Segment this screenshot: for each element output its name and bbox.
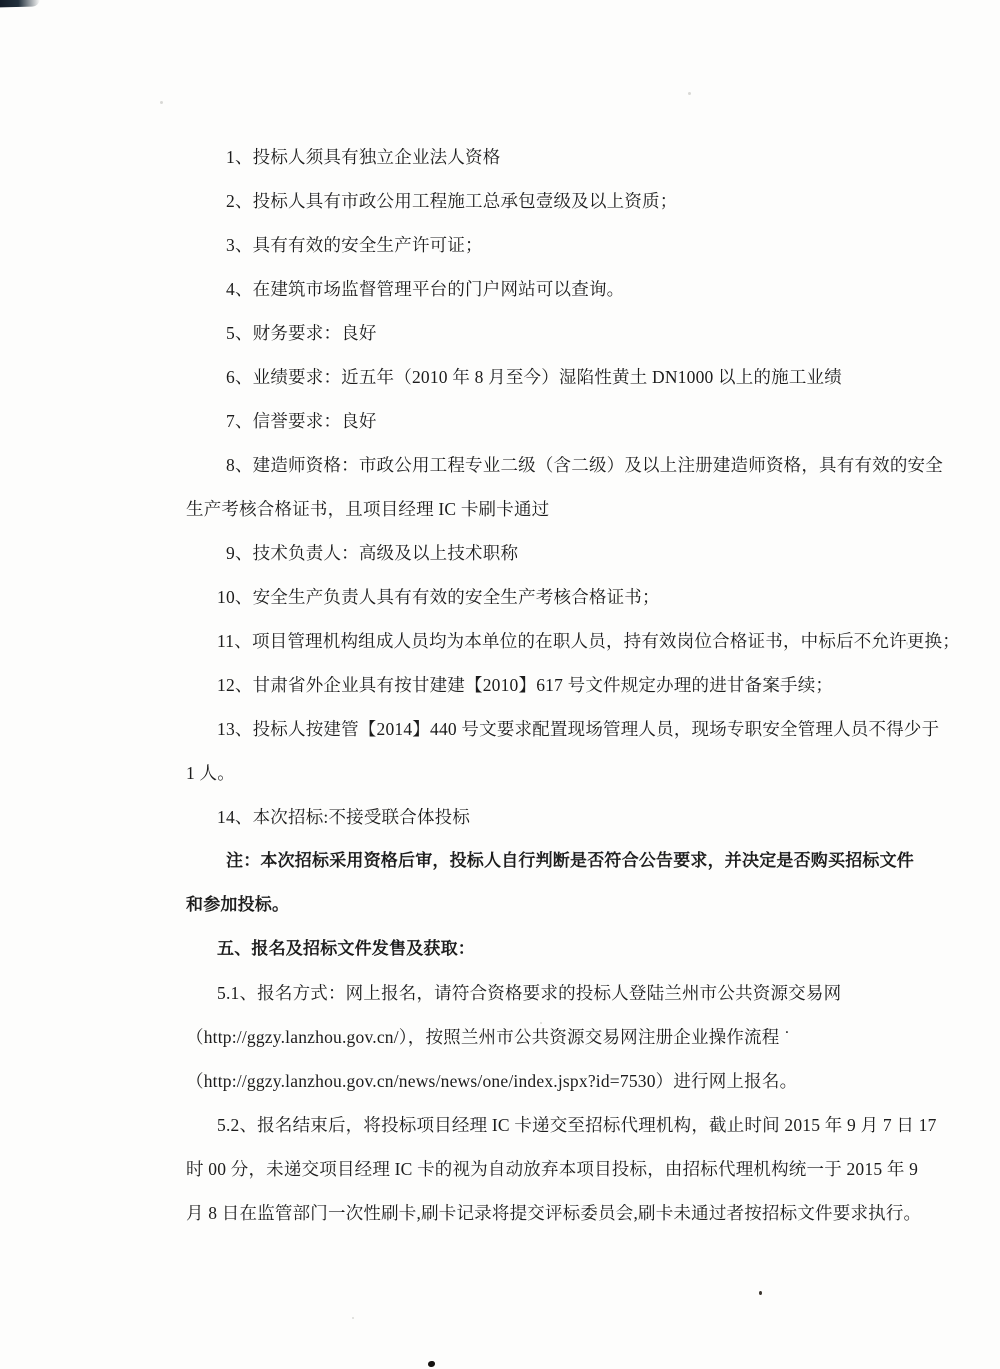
scan-artifact-ink-dot — [428, 1361, 435, 1367]
text-line: 11、项目管理机构组成人员均为本单位的在职人员，持有效岗位合格证书，中标后不允许… — [186, 619, 928, 663]
scan-artifact-speck — [160, 101, 163, 104]
scanned-document-page: 1、投标人须具有独立企业法人资格2、投标人具有市政公用工程施工总承包壹级及以上资… — [0, 0, 1000, 1369]
text-line: 时 00 分，未递交项目经理 IC 卡的视为自动放弃本项目投标，由招标代理机构统… — [186, 1147, 928, 1191]
text-line: 12、甘肃省外企业具有按甘建建【2010】617 号文件规定办理的进甘备案手续； — [186, 663, 928, 707]
text-line: 9、技术负责人：高级及以上技术职称 — [186, 531, 928, 575]
text-line: 生产考核合格证书，且项目经理 IC 卡刷卡通过 — [186, 487, 928, 531]
document-body: 1、投标人须具有独立企业法人资格2、投标人具有市政公用工程施工总承包壹级及以上资… — [186, 135, 928, 1235]
text-line: 3、具有有效的安全生产许可证； — [186, 223, 928, 267]
text-line: 五、报名及招标文件发售及获取： — [186, 927, 928, 971]
text-line: 14、本次招标:不接受联合体投标 — [186, 795, 928, 839]
text-line: 2、投标人具有市政公用工程施工总承包壹级及以上资质； — [186, 179, 928, 223]
text-line: 13、投标人按建管【2014】440 号文要求配置现场管理人员，现场专职安全管理… — [186, 707, 928, 751]
text-line: （http://ggzy.lanzhou.gov.cn/），按照兰州市公共资源交… — [186, 1015, 928, 1059]
scan-artifact-corner-smudge — [0, 0, 40, 8]
text-line: 5、财务要求：良好 — [186, 311, 928, 355]
text-line: 1、投标人须具有独立企业法人资格 — [186, 135, 928, 179]
text-line: （http://ggzy.lanzhou.gov.cn/news/news/on… — [186, 1059, 928, 1103]
scan-artifact-speck — [688, 92, 691, 95]
text-line: 6、业绩要求：近五年（2010 年 8 月至今）湿陷性黄土 DN1000 以上的… — [186, 355, 928, 399]
text-line: 8、建造师资格：市政公用工程专业二级（含二级）及以上注册建造师资格，具有有效的安… — [186, 443, 928, 487]
scan-artifact-speck — [352, 1317, 354, 1319]
scan-artifact-speck — [906, 642, 908, 645]
text-line: 月 8 日在监管部门一次性刷卡,刷卡记录将提交评标委员会,刷卡未通过者按招标文件… — [186, 1191, 928, 1235]
text-line: 5.2、报名结束后，将投标项目经理 IC 卡递交至招标代理机构，截止时间 201… — [186, 1103, 928, 1147]
scan-artifact-speck — [759, 1291, 762, 1295]
text-line: 注：本次招标采用资格后审，投标人自行判断是否符合公告要求，并决定是否购买招标文件 — [186, 839, 928, 883]
text-line: 4、在建筑市场监督管理平台的门户网站可以查询。 — [186, 267, 928, 311]
text-line: 和参加投标。 — [186, 883, 928, 927]
text-line: 1 人。 — [186, 751, 928, 795]
text-line: 10、安全生产负责人具有有效的安全生产考核合格证书； — [186, 575, 928, 619]
scan-artifact-speck — [540, 1022, 542, 1024]
text-line: 5.1、报名方式：网上报名，请符合资格要求的投标人登陆兰州市公共资源交易网 — [186, 971, 928, 1015]
text-line: 7、信誉要求：良好 — [186, 399, 928, 443]
